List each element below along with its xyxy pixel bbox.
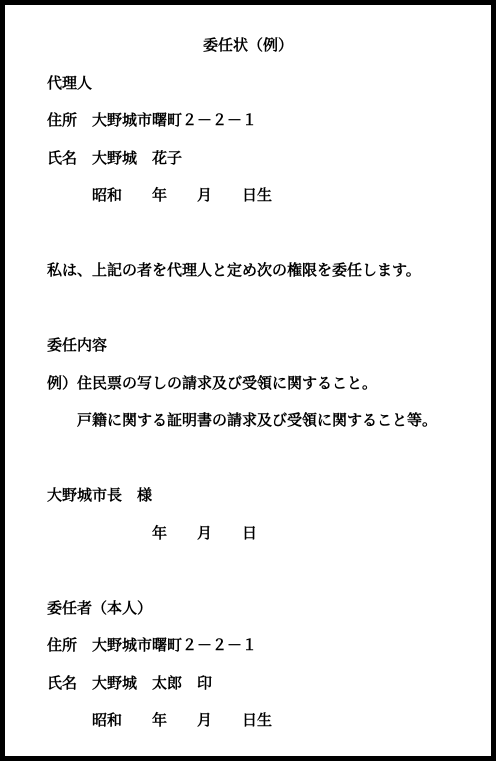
declaration-text: 私は、上記の者を代理人と定め次の権限を委任します。: [47, 252, 449, 290]
mandate-item-koseki: 戸籍に関する証明書の請求及び受領に関すること等。: [47, 402, 449, 440]
date-line: 年 月 日: [47, 515, 449, 553]
agent-birthdate-line: 昭和 年 月 日生: [47, 177, 449, 215]
blank-line: [47, 215, 449, 253]
agent-role-label: 代理人: [47, 65, 449, 103]
agent-name-line: 氏名 大野城 花子: [47, 140, 449, 178]
blank-line: [47, 290, 449, 328]
principal-role-label: 委任者（本人）: [47, 590, 449, 628]
document-title: 委任状（例）: [47, 27, 449, 65]
authorization-letter-document: 委任状（例） 代理人 住所 大野城市曙町２－２－１ 氏名 大野城 花子 昭和 年…: [0, 0, 496, 761]
mandate-item-example: 例）住民票の写しの請求及び受領に関すること。: [47, 365, 449, 403]
addressee-line: 大野城市長 様: [47, 477, 449, 515]
mandate-heading: 委任内容: [47, 327, 449, 365]
principal-birthdate-line: 昭和 年 月 日生: [47, 702, 449, 740]
agent-address-line: 住所 大野城市曙町２－２－１: [47, 102, 449, 140]
blank-line: [47, 440, 449, 478]
blank-line: [47, 552, 449, 590]
principal-name-line: 氏名 大野城 太郎 印: [47, 665, 449, 703]
principal-address-line: 住所 大野城市曙町２－２－１: [47, 627, 449, 665]
